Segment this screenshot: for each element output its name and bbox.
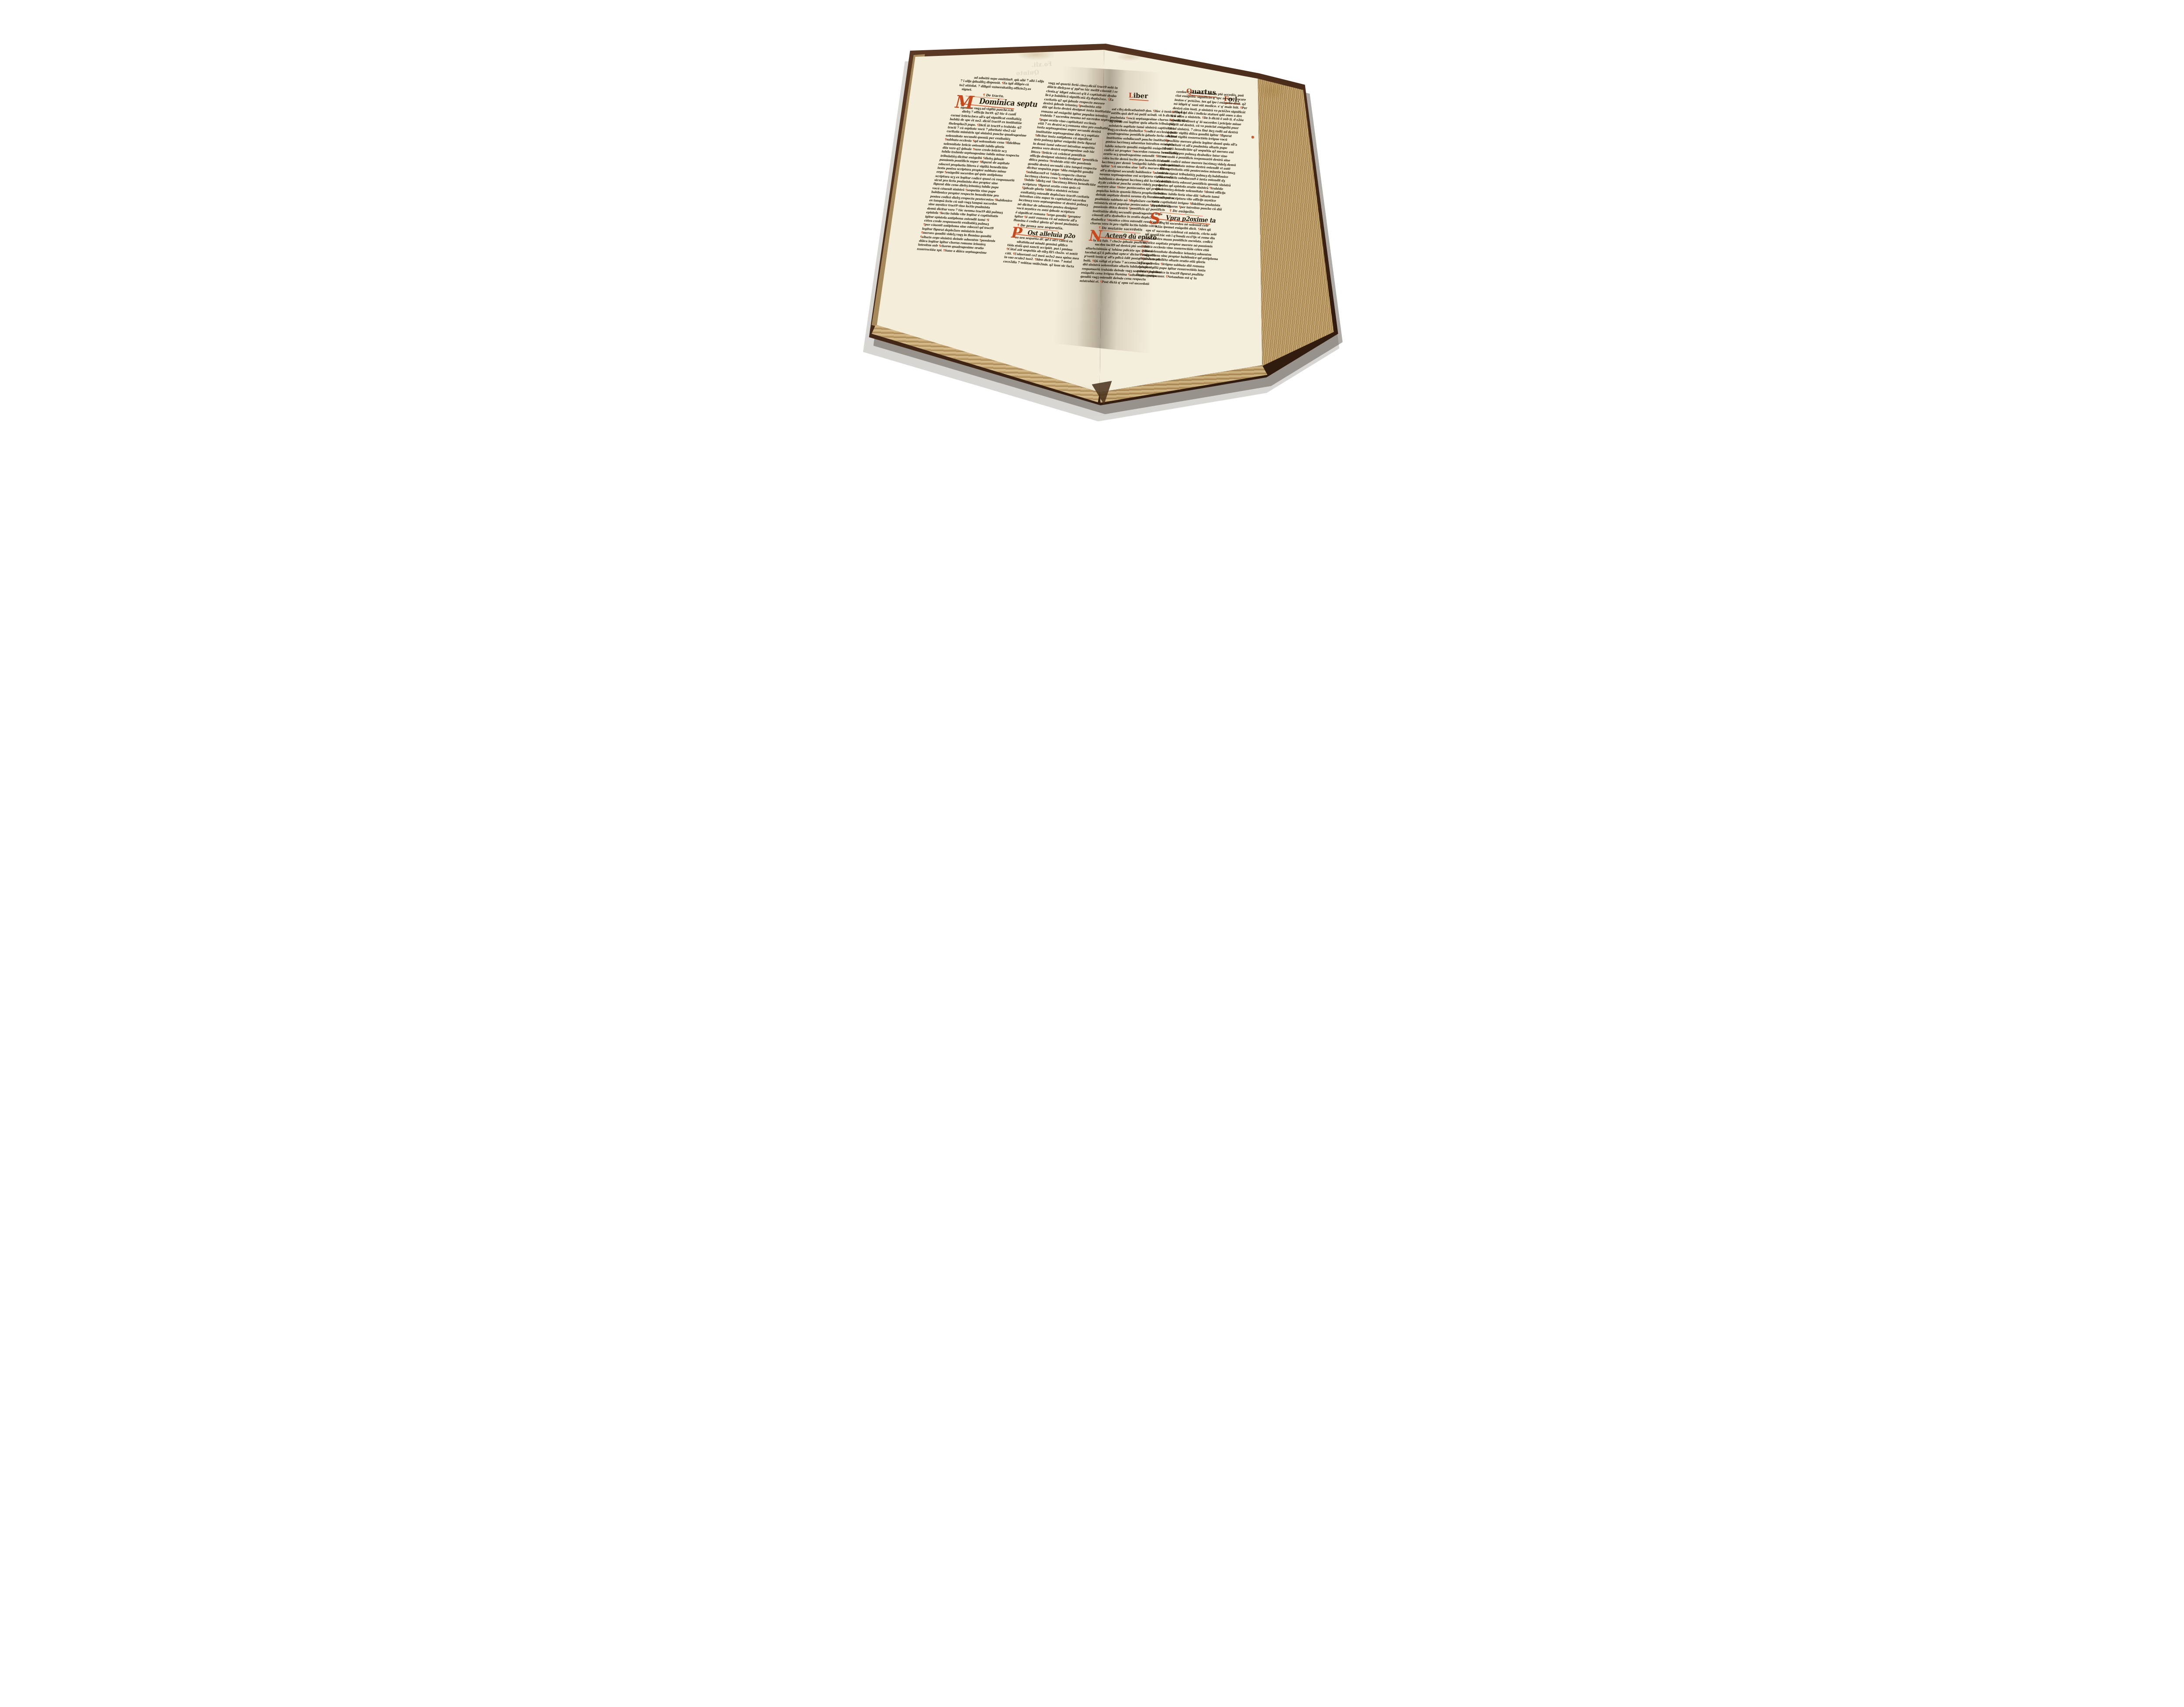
pilcrow-mark: ¶ [1128, 199, 1130, 202]
pilcrow-mark: ¶ [982, 156, 985, 160]
pilcrow-mark: ¶ [979, 160, 981, 164]
pilcrow-mark: ¶ [986, 218, 988, 221]
pilcrow-mark: ¶ [939, 211, 941, 215]
pilcrow-mark: ¶ [1037, 183, 1040, 187]
pilcrow-mark: ¶ [1141, 249, 1144, 252]
pilcrow-mark: ¶ [1058, 176, 1061, 180]
pilcrow-mark: ¶ [1034, 258, 1037, 261]
pilcrow-mark: ¶ [972, 139, 975, 143]
ghost-show-through-folio: Fo.xli. [1031, 61, 1052, 69]
pilcrow-mark: ¶ [1240, 106, 1242, 110]
pilcrow-mark: ¶ [1171, 110, 1174, 114]
pilcrow-mark: ¶ [976, 123, 979, 127]
pilcrow-mark: ¶ [1078, 104, 1080, 107]
pilcrow-mark: ¶ [982, 93, 986, 97]
pilcrow-mark: ¶ [943, 249, 945, 252]
pilcrow-mark: ¶ [1160, 262, 1162, 266]
pilcrow-mark: ¶ [1048, 159, 1051, 163]
pilcrow-mark: ¶ [1001, 82, 1004, 85]
pilcrow-mark: ¶ [1049, 172, 1052, 175]
pilcrow-mark: ¶ [1169, 209, 1173, 213]
pilcrow-mark: ¶ [1040, 151, 1043, 154]
header-liber-label: Liber [1128, 91, 1148, 100]
pilcrow-mark: ¶ [1165, 275, 1168, 278]
pilcrow-mark: ¶ [1201, 116, 1204, 120]
ghost-show-through-text: Quinto [1016, 69, 1039, 77]
pilcrow-mark: ¶ [1044, 188, 1047, 191]
rubricated-initial: M [953, 93, 976, 112]
pilcrow-mark: ¶ [1199, 194, 1201, 197]
photo-scene: Quinto Fo.xli. Liber Quartus Fo.l. ad ad… [811, 0, 1374, 427]
pilcrow-mark: ¶ [1005, 141, 1007, 145]
pilcrow-mark: ¶ [943, 171, 946, 174]
pilcrow-mark: ¶ [1081, 158, 1084, 161]
pilcrow-mark: ¶ [1142, 245, 1144, 248]
pilcrow-mark: ¶ [1131, 162, 1133, 165]
pilcrow-mark: ¶ [978, 238, 981, 242]
pilcrow-mark: ¶ [1152, 109, 1154, 113]
pilcrow-mark: ¶ [1035, 179, 1037, 183]
red-ink-spot [1251, 136, 1254, 138]
pilcrow-mark: ¶ [1116, 186, 1118, 189]
pilcrow-mark: ¶ [1046, 213, 1048, 216]
header-liber: Liber [1128, 91, 1148, 100]
pilcrow-mark: ¶ [1219, 134, 1221, 137]
pilcrow-mark: ¶ [1138, 166, 1140, 169]
pilcrow-mark: ¶ [1060, 169, 1062, 172]
pilcrow-mark: ¶ [1051, 180, 1054, 184]
pilcrow-mark: ¶ [1127, 273, 1130, 276]
pilcrow-mark: ¶ [1125, 116, 1127, 120]
pilcrow-mark: ¶ [964, 188, 967, 192]
pilcrow-mark: ¶ [972, 148, 975, 151]
pilcrow-mark: ¶ [1144, 129, 1146, 133]
pilcrow-mark: ¶ [1128, 207, 1130, 210]
pilcrow-mark: ¶ [1169, 118, 1172, 122]
pilcrow-mark: ¶ [1106, 218, 1108, 221]
pilcrow-mark: ¶ [1132, 149, 1134, 153]
pilcrow-mark: ¶ [1110, 165, 1112, 168]
pilcrow-mark: ¶ [1092, 259, 1094, 263]
pilcrow-mark: ¶ [994, 198, 996, 201]
pilcrow-mark: ¶ [1197, 228, 1200, 231]
pilcrow-mark: ¶ [1178, 205, 1181, 209]
pilcrow-mark: ¶ [1067, 214, 1069, 218]
pilcrow-mark: ¶ [1099, 280, 1102, 283]
pilcrow-mark: ¶ [938, 244, 940, 248]
pilcrow-mark: ¶ [1209, 187, 1211, 190]
pilcrow-mark: ¶ [1203, 190, 1206, 194]
pilcrow-mark: ¶ [1023, 215, 1026, 219]
pilcrow-mark: ¶ [1012, 252, 1015, 256]
pilcrow-mark: ¶ [1107, 98, 1110, 101]
pilcrow-mark: ¶ [1189, 202, 1192, 205]
pilcrow-mark: ¶ [1152, 171, 1154, 174]
pilcrow-mark: ¶ [1165, 138, 1168, 142]
rubricated-initial: N [1087, 228, 1103, 244]
pilcrow-mark: ¶ [1155, 155, 1157, 158]
pilcrow-mark: ¶ [1140, 253, 1143, 256]
